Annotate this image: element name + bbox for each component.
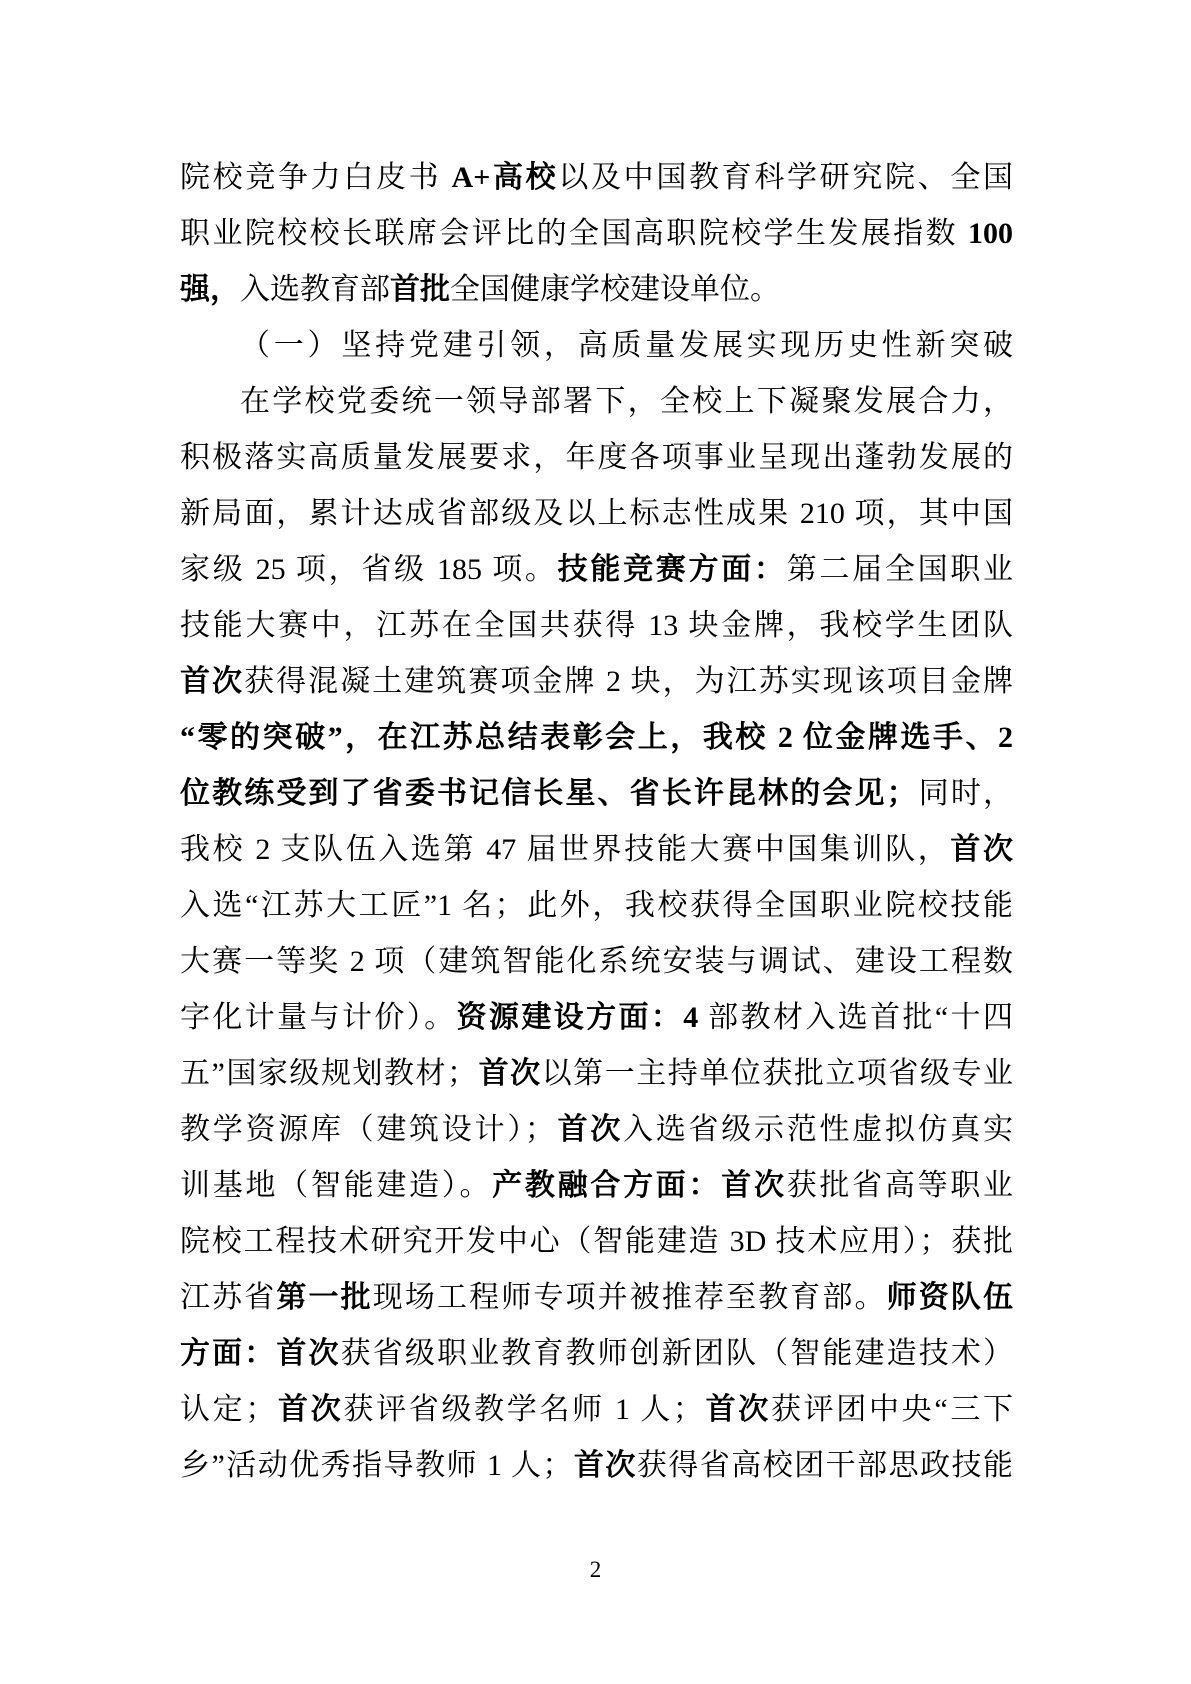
text-run: 第二届全国职业 [787,553,1013,586]
bold-text-run: A+高校 [452,161,559,194]
text-line: 新局面，累计达成省部级及以上标志性成果 210 项，其中国 [180,486,1013,542]
bold-text-run: 首次 [572,1449,636,1482]
text-run: 五”国家级规划教材； [180,1057,477,1090]
text-run: 获批省高等职业 [787,1169,1013,1202]
text-run: 获得省高校团干部思政技能 [637,1449,1013,1482]
text-run: 在学校党委统一领导部署下，全校上下凝聚发展合力， [240,385,1013,418]
text-line: 方面：首次获省级职业教育教师创新团队（智能建造技术） [180,1326,1013,1382]
bold-text-run: 位教练受到了省委书记信长星、省长许昆林的会见； [180,777,917,810]
text-run: 我校 2 支队伍入选第 47 届世界技能大赛中国集训队， [180,833,950,866]
text-run: 积极落实高质量发展要求，年度各项事业呈现出蓬勃发展的 [180,441,1013,474]
bold-text-run: 首次 [950,833,1013,866]
text-run: 现场工程师专项并被推荐至教育部。 [373,1281,887,1314]
text-run: 院校竞争力白皮书 [180,161,452,194]
text-run: 职业院校校长联席会评比的全国高职院校学生发展指数 [180,217,968,250]
text-line: 位教练受到了省委书记信长星、省长许昆林的会见；同时， [180,766,1013,822]
bold-text-run: 产教融合方面：首次 [492,1169,786,1202]
text-run: 入选教育部 [240,273,390,306]
text-line: 教学资源库（建筑设计）；首次入选省级示范性虚拟仿真实 [180,1102,1013,1158]
text-line: 大赛一等奖 2 项（建筑智能化系统安装与调试、建设工程数 [180,934,1013,990]
text-run: 获得混凝土建筑赛项金牌 2 块，为江苏实现该项目金牌 [244,665,1013,698]
text-line: 院校竞争力白皮书 A+高校以及中国教育科学研究院、全国 [180,150,1013,206]
bold-text-run: 强， [180,273,240,306]
text-line: 家级 25 项，省级 185 项。技能竞赛方面：第二届全国职业 [180,542,1013,598]
text-run: 新局面，累计达成省部级及以上标志性成果 210 项，其中国 [180,497,1013,530]
text-run: 家级 25 项，省级 185 项。 [180,553,558,586]
text-run: 认定； [180,1393,275,1426]
bold-text-run: 第一批 [276,1281,372,1314]
page-number: 2 [590,1557,602,1582]
text-line: （一）坚持党建引领，高质量发展实现历史性新突破 [180,318,1013,374]
text-line: 乡”活动优秀指导教师 1 人；首次获得省高校团干部思政技能 [180,1438,1013,1494]
text-run: 获省级职业教育教师创新团队（智能建造技术） [341,1337,1013,1370]
text-line: 院校工程技术研究开发中心（智能建造 3D 技术应用）；获批 [180,1214,1013,1270]
text-run: 技能大赛中，江苏在全国共获得 13 块金牌，我校学生团队 [180,609,1013,642]
text-line: 字化计量与计价）。资源建设方面：4 部教材入选首批“十四 [180,990,1013,1046]
text-line: 职业院校校长联席会评比的全国高职院校学生发展指数 100 [180,206,1013,262]
document-body: 院校竞争力白皮书 A+高校以及中国教育科学研究院、全国职业院校校长联席会评比的全… [180,150,1013,1494]
text-run: 入选“江苏大工匠”1 名；此外，我校获得全国职业院校技能 [180,889,1013,922]
text-run: 全国健康学校建设单位。 [450,273,780,306]
text-line: 五”国家级规划教材；首次以第一主持单位获批立项省级专业 [180,1046,1013,1102]
bold-text-run: 资源建设方面：4 [457,1001,709,1034]
bold-text-run: “零的突破”，在江苏总结表彰会上，我校 2 位金牌选手、2 [180,721,1013,754]
text-line: 入选“江苏大工匠”1 名；此外，我校获得全国职业院校技能 [180,878,1013,934]
text-run: 获评省级教学名师 1 人； [343,1393,702,1426]
text-line: 认定；首次获评省级教学名师 1 人；首次获评团中央“三下 [180,1382,1013,1438]
document-page: 院校竞争力白皮书 A+高校以及中国教育科学研究院、全国职业院校校长联席会评比的全… [0,0,1191,1684]
bold-text-run: 方面：首次 [180,1337,341,1370]
bold-text-run: 首次 [477,1057,542,1090]
bold-text-run: 技能竞赛方面： [558,553,787,586]
text-run: 入选省级示范性虚拟仿真实 [623,1113,1013,1146]
text-run: 字化计量与计价）。 [180,1001,457,1034]
text-line: 技能大赛中，江苏在全国共获得 13 块金牌，我校学生团队 [180,598,1013,654]
bold-text-run: 100 [968,217,1013,250]
text-run: 大赛一等奖 2 项（建筑智能化系统安装与调试、建设工程数 [180,945,1013,978]
text-run: 教学资源库（建筑设计）； [180,1113,555,1146]
text-run: 院校工程技术研究开发中心（智能建造 3D 技术应用）；获批 [180,1225,1013,1258]
bold-text-run: 首批 [390,273,450,306]
text-line: 江苏省第一批现场工程师专项并被推荐至教育部。师资队伍 [180,1270,1013,1326]
bold-text-run: 首次 [555,1113,623,1146]
text-line: 积极落实高质量发展要求，年度各项事业呈现出蓬勃发展的 [180,430,1013,486]
text-run: 部教材入选首批“十四 [708,1001,1013,1034]
text-run: 同时， [917,777,1013,810]
text-line: 首次获得混凝土建筑赛项金牌 2 块，为江苏实现该项目金牌 [180,654,1013,710]
bold-text-run: 首次 [275,1393,343,1426]
text-run: 乡”活动优秀指导教师 1 人； [180,1449,572,1482]
text-line: 强，入选教育部首批全国健康学校建设单位。 [180,262,1013,318]
text-run: （一）坚持党建引领，高质量发展实现历史性新突破 [240,329,1013,362]
text-run: 训基地（智能建造）。 [180,1169,492,1202]
bold-text-run: 首次 [703,1393,771,1426]
text-run: 以第一主持单位获批立项省级专业 [542,1057,1013,1090]
page-footer: 2 [0,1550,1191,1590]
bold-text-run: 首次 [180,665,244,698]
text-line: 在学校党委统一领导部署下，全校上下凝聚发展合力， [180,374,1013,430]
bold-text-run: 师资队伍 [887,1281,1013,1314]
text-line: 训基地（智能建造）。产教融合方面：首次获批省高等职业 [180,1158,1013,1214]
text-run: 获评团中央“三下 [771,1393,1013,1426]
text-line: “零的突破”，在江苏总结表彰会上，我校 2 位金牌选手、2 [180,710,1013,766]
text-line: 我校 2 支队伍入选第 47 届世界技能大赛中国集训队，首次 [180,822,1013,878]
text-run: 江苏省 [180,1281,276,1314]
text-run: 以及中国教育科学研究院、全国 [558,161,1013,194]
